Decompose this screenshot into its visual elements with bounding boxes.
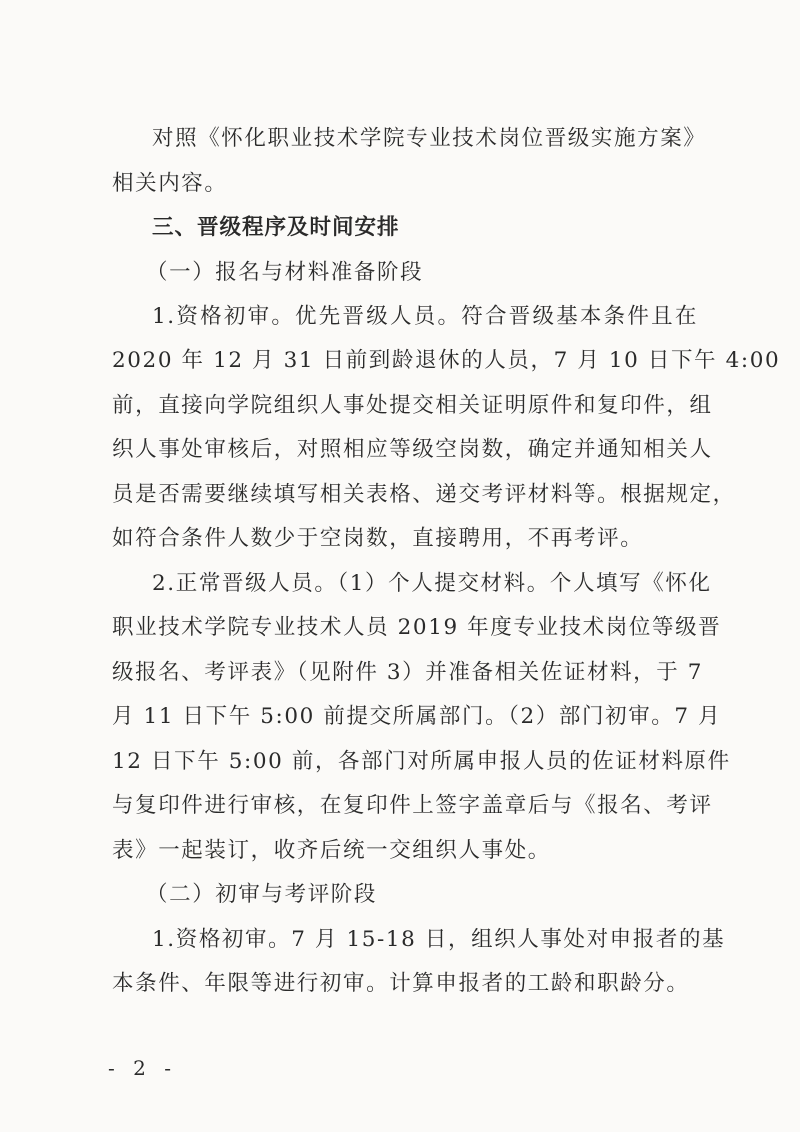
text-line: 月 11 日下午 5:00 前提交所属部门。（2）部门初审。7 月 [112,702,698,732]
text-line: 前，直接向学院组织人事处提交相关证明原件和复印件，组 [112,391,698,421]
text-line: 与复印件进行审核，在复印件上签字盖章后与《报名、考评 [112,791,698,821]
text-line: 表》一起装订，收齐后统一交组织人事处。 [112,836,698,866]
document-page: 对照《怀化职业技术学院专业技术岗位晋级实施方案》相关内容。三、晋级程序及时间安排… [0,0,800,1132]
subsection-heading: （二）初审与考评阶段 [146,880,698,910]
text-line: 职业技术学院专业技术人员 2019 年度专业技术岗位等级晋 [112,613,698,643]
text-line: 2.正常晋级人员。（1）个人提交材料。个人填写《怀化 [152,569,698,599]
text-line: 员是否需要继续填写相关表格、递交考评材料等。根据规定， [112,480,698,510]
page-number: - 2 - [108,1056,177,1080]
subsection-heading: （一）报名与材料准备阶段 [146,258,698,288]
text-line: 对照《怀化职业技术学院专业技术岗位晋级实施方案》 [152,124,698,154]
text-line: 本条件、年限等进行初审。计算申报者的工龄和职龄分。 [112,969,698,999]
text-line: 12 日下午 5:00 前，各部门对所属申报人员的佐证材料原件 [112,747,698,777]
text-line: 1.资格初审。优先晋级人员。符合晋级基本条件且在 [152,302,698,332]
text-line: 织人事处审核后，对照相应等级空岗数，确定并通知相关人 [112,435,698,465]
text-line: 级报名、考评表》（见附件 3）并准备相关佐证材料，于 7 [112,658,698,688]
text-line: 如符合条件人数少于空岗数，直接聘用，不再考评。 [112,524,698,554]
text-line: 2020 年 12 月 31 日前到龄退休的人员，7 月 10 日下午 4:00 [112,346,698,376]
text-line: 相关内容。 [112,169,698,199]
text-line: 1.资格初审。7 月 15-18 日，组织人事处对申报者的基 [152,925,698,955]
section-heading: 三、晋级程序及时间安排 [152,213,698,243]
